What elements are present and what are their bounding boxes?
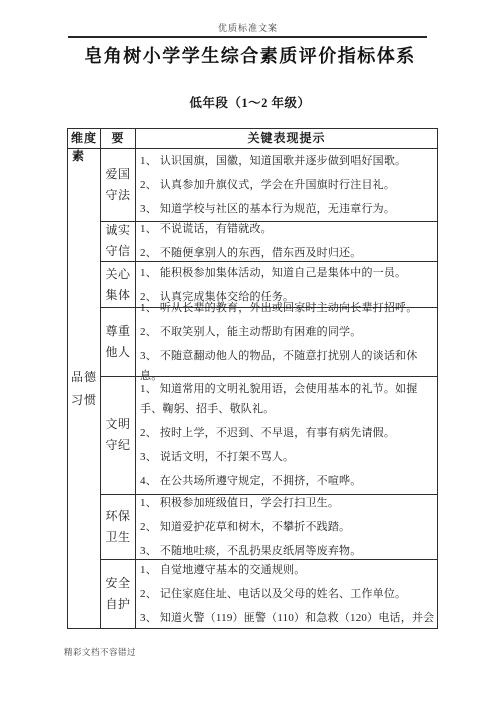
- hint-item: 3、 知道火警（119）匪警（110）和急救（120）电话，并会: [140, 608, 436, 628]
- table-row: 安全 自护 1、 自觉地遵守基本的交通规则。 2、 记住家庭住址、电话以及父母的…: [68, 560, 438, 629]
- hint-item: 3、 说话文明，不打架不骂人。: [140, 447, 436, 467]
- dimension-wrap: 素 品德 习惯: [68, 149, 100, 628]
- table-row: 诚实 守信 1、 不说谎话，有错就改。 2、 不随便拿别人的东西，借东西及时归还…: [68, 221, 438, 261]
- col-element-header: 要: [101, 129, 136, 149]
- page-subtitle: 低年段（1～2 年级）: [0, 93, 500, 111]
- hint-item: 4、 在公共场所遵守规定，不拥挤，不喧哗。: [140, 471, 436, 491]
- hint-item: 1、 认识国旗，国徽，知道国歌并逐步做到唱好国歌。: [140, 151, 436, 171]
- evaluation-table: 维度 要 关键表现提示 素 品德 习惯 爱国 守法 1、 认识国旗，国徽，: [67, 128, 438, 629]
- hint-item: 2、 记住家庭住址、电话以及父母的姓名、工作单位。: [140, 584, 436, 604]
- element-label: 关心: [105, 264, 130, 285]
- document-page: 优质标准文案 皂角树小学学生综合素质评价指标体系 低年段（1～2 年级） 维度 …: [0, 0, 500, 707]
- hint-item: 1、 积极参加班级值日，学会打扫卫生。: [140, 493, 436, 513]
- element-cell: 诚实 守信: [101, 221, 136, 261]
- table-row: 素 品德 习惯 爱国 守法 1、 认识国旗，国徽，知道国歌并逐步做到唱好国歌。 …: [68, 149, 438, 222]
- hints-cell: 1、 听从长辈的教育，外出或回家时主动向长辈打招呼。 2、 不取笑别人，能主动帮…: [136, 308, 438, 377]
- page-title: 皂角树小学学生综合素质评价指标体系: [0, 42, 500, 68]
- dimension-label-line2: 习惯: [71, 389, 97, 412]
- hints-cell: 1、 积极参加班级值日，学会打扫卫生。 2、 知道爱护花草和树木，不攀折不践踏。…: [136, 494, 438, 560]
- hints-cell: 1、 知道常用的文明礼貌用语，会使用基本的礼节。如握手、鞠躬、招手、敬队礼。 2…: [136, 376, 438, 494]
- table-row: 环保 卫生 1、 积极参加班级值日，学会打扫卫生。 2、 知道爱护花草和树木，不…: [68, 494, 438, 560]
- hints-cell: 1、 不说谎话，有错就改。 2、 不随便拿别人的东西，借东西及时归还。: [136, 221, 438, 261]
- table-row: 文明 守纪 1、 知道常用的文明礼貌用语，会使用基本的礼节。如握手、鞠躬、招手、…: [68, 376, 438, 494]
- element-label: 守纪: [105, 435, 130, 456]
- element-label: 守信: [105, 241, 130, 262]
- element-label: 守法: [105, 185, 130, 206]
- col-dimension-header: 维度: [68, 129, 101, 149]
- dimension-overflow-char: 素: [72, 150, 85, 163]
- element-label: 自护: [105, 594, 130, 615]
- dimension-cell: 素 品德 习惯: [68, 149, 101, 629]
- top-note: 优质标准文案: [68, 21, 428, 34]
- hint-item: 1、 知道常用的文明礼貌用语，会使用基本的礼节。如握手、鞠躬、招手、敬队礼。: [140, 379, 436, 419]
- hint-item: 1、 不说谎话，有错就改。: [140, 219, 436, 239]
- element-label: 安全: [105, 573, 130, 594]
- element-label: 爱国: [105, 164, 130, 185]
- hint-item: 2、 知道爱护花草和树木，不攀折不践踏。: [140, 517, 436, 537]
- element-label: 他人: [105, 342, 130, 363]
- element-label: 诚实: [105, 220, 130, 241]
- hint-item: 2、 不取笑别人，能主动帮助有困难的同学。: [140, 322, 436, 342]
- hints-cell: 1、 自觉地遵守基本的交通规则。 2、 记住家庭住址、电话以及父母的姓名、工作单…: [136, 560, 438, 629]
- element-cell: 环保 卫生: [101, 494, 136, 560]
- hint-item: 3、 知道学校与社区的基本行为规范，无违章行为。: [140, 199, 436, 219]
- footer-note: 精彩文档不容错过: [64, 646, 136, 658]
- table-header-row: 维度 要 关键表现提示: [68, 129, 438, 149]
- hint-item: 2、 认真参加升旗仪式，学会在升国旗时行注目礼。: [140, 175, 436, 195]
- element-cell: 关心 集体: [101, 261, 136, 307]
- element-label: 环保: [105, 506, 130, 527]
- element-label: 卫生: [105, 527, 130, 548]
- element-cell: 文明 守纪: [101, 376, 136, 494]
- hint-item: 2、 按时上学，不迟到、不早退，有事有病先请假。: [140, 423, 436, 443]
- hints-cell: 1、 认识国旗，国徽，知道国歌并逐步做到唱好国歌。 2、 认真参加升旗仪式，学会…: [136, 149, 438, 222]
- hint-item: 1、 自觉地遵守基本的交通规则。: [140, 560, 436, 580]
- hint-item: 3、 不随地吐痰，不乱扔果皮纸屑等废弃物。: [140, 541, 436, 561]
- hint-item: 2、 不随便拿别人的东西，借东西及时归还。: [140, 243, 436, 263]
- col-hints-header: 关键表现提示: [136, 129, 438, 149]
- element-label: 文明: [105, 414, 130, 435]
- element-label: 尊重: [105, 321, 130, 342]
- element-cell: 爱国 守法: [101, 149, 136, 222]
- dimension-label-line1: 品德: [71, 366, 97, 389]
- element-cell: 安全 自护: [101, 560, 136, 629]
- table-row: 尊重 他人 1、 听从长辈的教育，外出或回家时主动向长辈打招呼。 2、 不取笑别…: [68, 308, 438, 377]
- element-label: 集体: [105, 285, 130, 306]
- hint-item: 1、 能积极参加集体活动，知道自己是集体中的一员。: [140, 263, 436, 283]
- element-cell: 尊重 他人: [101, 308, 136, 377]
- hint-item: 1、 听从长辈的教育，外出或回家时主动向长辈打招呼。: [140, 298, 436, 318]
- header-rule: [68, 36, 427, 38]
